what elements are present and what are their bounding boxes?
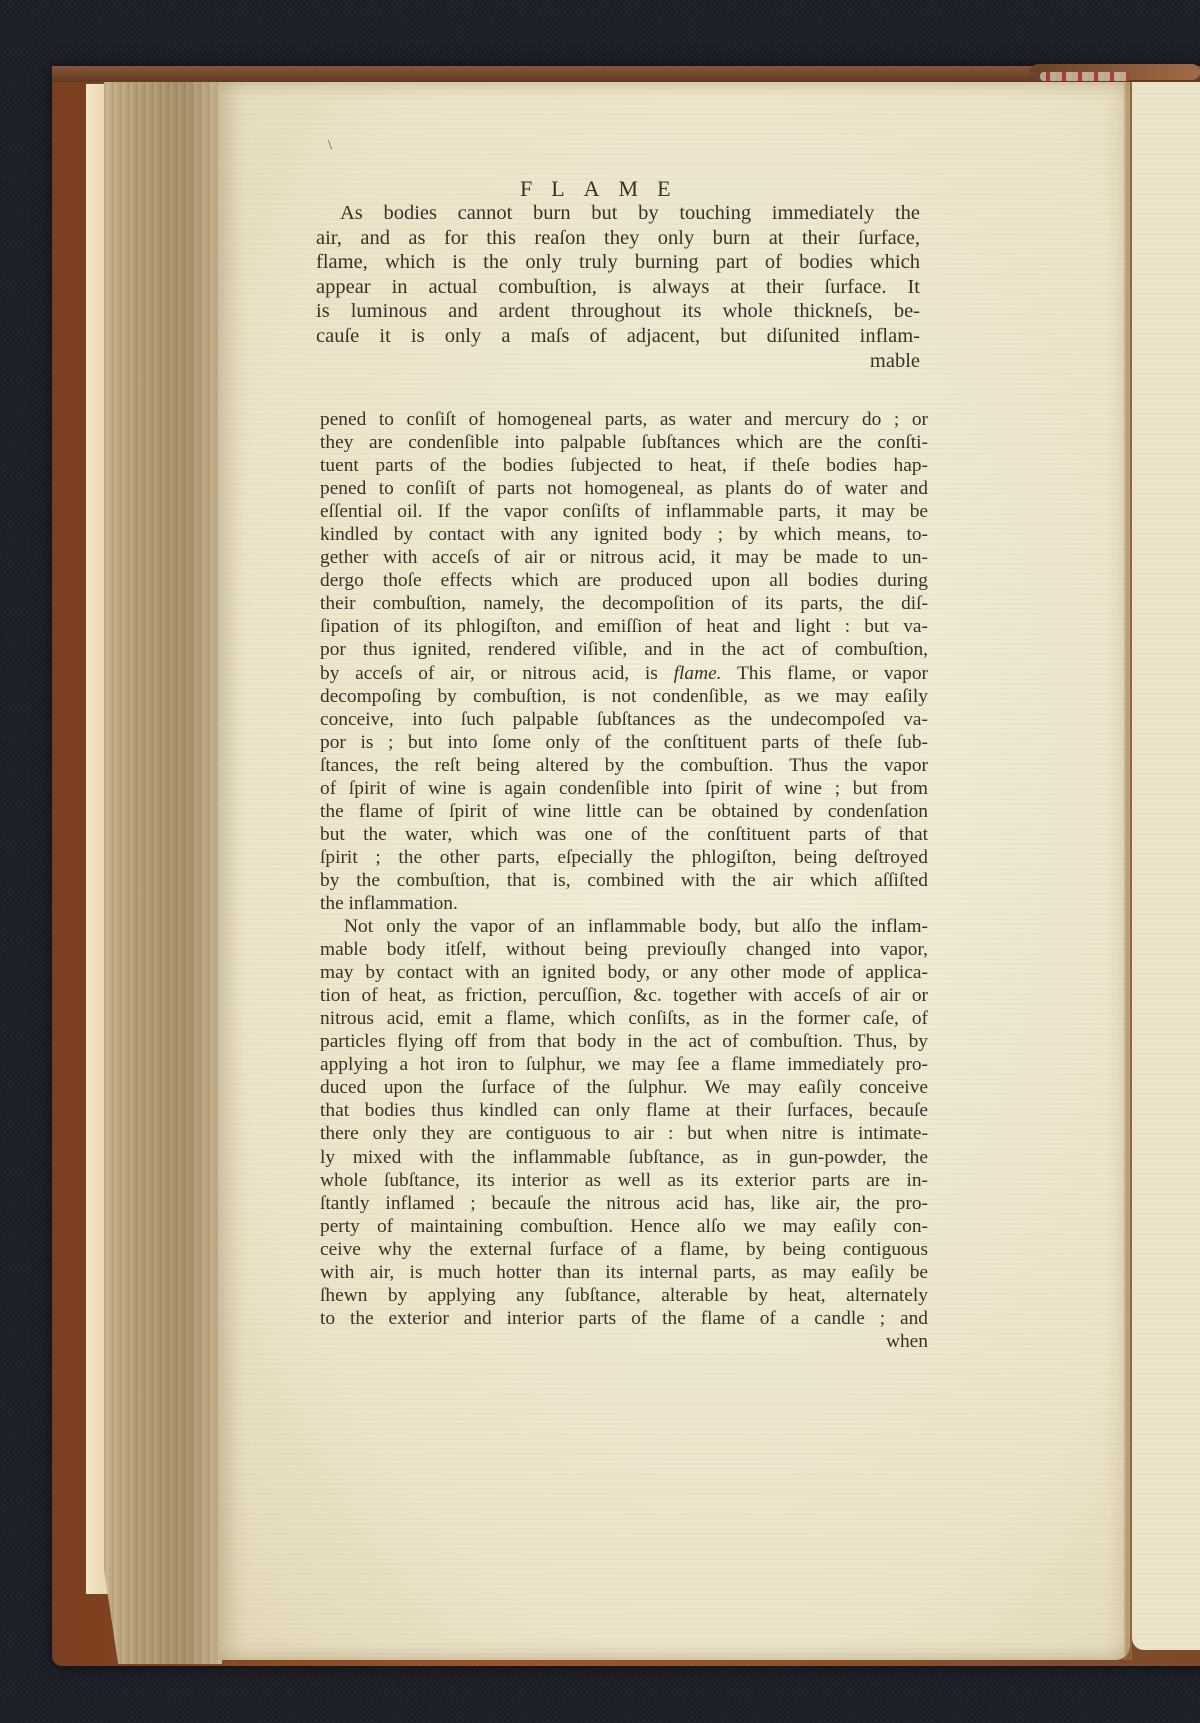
text-line: eſſential oil. If the vapor conſiſts of … [320, 500, 928, 523]
text-run: This flame, or vapor [722, 663, 928, 684]
running-head: FLAME [520, 178, 730, 200]
text-line: pened to conſiſt of homogeneal parts, as… [320, 408, 928, 431]
catchword: when [320, 1330, 928, 1353]
text-line: of ſpirit of wine is again condenſible i… [320, 777, 928, 800]
text-line-with-italic: by acceſs of air, or nitrous acid, is fl… [320, 662, 928, 685]
facing-page [1132, 82, 1200, 1650]
text-line: conceive, into ſuch palpable ſubſtances … [320, 708, 928, 731]
text-line: dergo thoſe effects which are produced u… [320, 569, 928, 592]
text-line: is luminous and ardent throughout its wh… [316, 299, 920, 324]
text-line: ſpirit ; the other parts, eſpecially the… [320, 846, 928, 869]
text-line: Not only the vapor of an inflammable bod… [320, 915, 928, 938]
text-line: ſtantly inflamed ; becauſe the nitrous a… [320, 1192, 928, 1215]
text-line: mable body itſelf, without being previou… [320, 938, 928, 961]
text-line: kindled by contact with any ignited body… [320, 523, 928, 546]
text-line: they are condenſible into palpable ſubſt… [320, 431, 928, 454]
gutter-fold [1124, 82, 1132, 1660]
text-line: perty of maintaining combuſtion. Hence a… [320, 1215, 928, 1238]
page-edges-left [104, 82, 222, 1664]
text-run: by acceſs of air, or nitrous acid, is [320, 663, 674, 684]
text-line: tion of heat, as friction, percuſſion, &… [320, 984, 928, 1007]
text-line: ſhewn by applying any ſubſtance, alterab… [320, 1284, 928, 1307]
text-line: may by contact with an ignited body, or … [320, 961, 928, 984]
text-line: applying a hot iron to ſulphur, we may ſ… [320, 1053, 928, 1076]
text-line: flame, which is the only truly burning p… [316, 250, 920, 275]
book-cover-top-edge [52, 66, 1200, 82]
text-line: tuent parts of the bodies ſubjected to h… [320, 454, 928, 477]
text-line: duced upon the ſurface of the ſulphur. W… [320, 1076, 928, 1099]
text-line: by the combuſtion, that is, combined wit… [320, 869, 928, 892]
text-line: to the exterior and interior parts of th… [320, 1307, 928, 1330]
text-line: As bodies cannot burn but by touching im… [316, 201, 920, 226]
text-line: cauſe it is only a maſs of adjacent, but… [316, 324, 920, 349]
text-line: ſipation of its phlogiſton, and emiſſion… [320, 615, 928, 638]
text-line: air, and as for this reaſon they only bu… [316, 226, 920, 251]
text-line: nitrous acid, emit a flame, which conſiſ… [320, 1007, 928, 1030]
stray-mark: \ [328, 138, 332, 154]
text-line: their combuſtion, namely, the decompoſit… [320, 592, 928, 615]
text-line: with air, is much hotter than its intern… [320, 1261, 928, 1284]
text-line: por thus ignited, rendered viſible, and … [320, 638, 928, 661]
text-fragment-main: pened to conſiſt of homogeneal parts, as… [320, 408, 928, 1353]
catchword: mable [316, 349, 920, 374]
text-line: appear in actual combuſtion, is always a… [316, 275, 920, 300]
text-line: whole ſubſtance, its interior as well as… [320, 1169, 928, 1192]
text-line: pened to conſiſt of parts not homogeneal… [320, 477, 928, 500]
text-line: the flame of ſpirit of wine little can b… [320, 800, 928, 823]
text-line: ſtances, the reſt being altered by the c… [320, 754, 928, 777]
text-line: but the water, which was one of the conſ… [320, 823, 928, 846]
text-line: decompoſing by combuſtion, is not conden… [320, 685, 928, 708]
italic-term: flame. [674, 663, 722, 684]
text-line: ly mixed with the inflammable ſubſtance,… [320, 1146, 928, 1169]
text-line: there only they are contiguous to air : … [320, 1122, 928, 1145]
text-line: that bodies thus kindled can only flame … [320, 1099, 928, 1122]
text-line: por is ; but into ſome only of the conſt… [320, 731, 928, 754]
book-headband [1040, 72, 1130, 81]
text-line: particles flying off from that body in t… [320, 1030, 928, 1053]
text-line: gether with acceſs of air or nitrous aci… [320, 546, 928, 569]
text-fragment-top: As bodies cannot burn but by touching im… [316, 201, 920, 373]
paragraph-end-line: the inflammation. [320, 892, 928, 915]
text-line: ceive why the external ſurface of a flam… [320, 1238, 928, 1261]
